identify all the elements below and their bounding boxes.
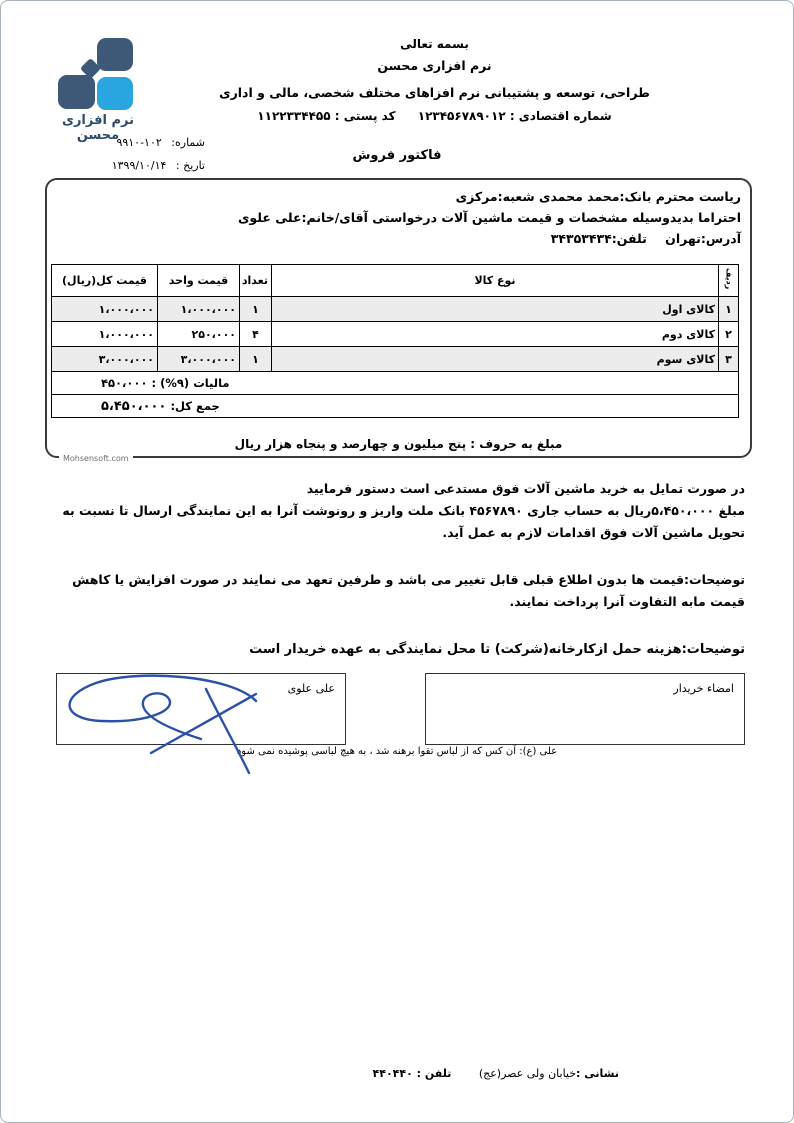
invoice-meta: شماره: ۹۹۱۰-۱۰۲ تاریخ : ۱۳۹۹/۱۰/۱۴ <box>39 136 205 182</box>
grand-total-row: جمع کل: ۵،۴۵۰،۰۰۰ <box>52 395 739 418</box>
header-qty: تعداد <box>240 265 272 297</box>
invoice-number-line: شماره: ۹۹۱۰-۱۰۲ <box>39 136 205 159</box>
invoice-date-value: ۱۳۹۹/۱۰/۱۴ <box>112 159 167 172</box>
footer: نشانی :خیابان ولی عصر(عج) تلفن : ۴۴۰۴۴۰ <box>373 1067 619 1080</box>
invoice-date-label: تاریخ : <box>176 159 205 172</box>
recipient-line1: ریاست محترم بانک:محمد محمدی شعبه:مرکزی <box>56 186 741 207</box>
shipping-note: توضیحات:هزینه حمل ازکارخانه(شرکت) تا محل… <box>49 639 745 661</box>
grand-total-line: جمع کل: ۵،۴۵۰،۰۰۰ <box>101 399 220 414</box>
grand-total-label: جمع کل: <box>170 399 219 413</box>
recipient-block: ریاست محترم بانک:محمد محمدی شعبه:مرکزی ا… <box>47 180 750 249</box>
tax-colon: : <box>147 376 156 390</box>
recipient-line3: آدرس:تهران تلفن:۳۴۳۵۳۴۳۴ <box>56 228 741 249</box>
tax-label: مالیات <box>193 376 229 390</box>
footer-address: خیابان ولی عصر(عج) <box>479 1067 576 1080</box>
cell-qty: ۱ <box>240 297 272 322</box>
buyer-signature-box: امضاء خریدار <box>425 673 745 745</box>
cell-qty: ۱ <box>240 347 272 372</box>
tax-line: مالیات (%۹) : ۴۵۰،۰۰۰ <box>101 376 230 390</box>
company-logo: نرم افزاری محسن <box>39 33 157 133</box>
header-item: نوع کالا <box>272 265 719 297</box>
invoice-number-label: شماره: <box>171 136 205 149</box>
economic-no-label: شماره اقتصادی : <box>510 109 612 123</box>
handwritten-signature <box>41 661 281 779</box>
table-row: ۲ کالای دوم ۴ ۲۵۰،۰۰۰ ۱،۰۰۰،۰۰۰ <box>52 322 739 347</box>
cell-qty: ۴ <box>240 322 272 347</box>
cell-total-price: ۱،۰۰۰،۰۰۰ <box>52 322 158 347</box>
cell-unit-price: ۳،۰۰۰،۰۰۰ <box>158 347 240 372</box>
cell-item: کالای سوم <box>272 347 719 372</box>
price-change-note: توضیحات:قیمت ها بدون اطلاع قبلی قابل تغی… <box>49 569 745 613</box>
payment-instructions-line1: در صورت تمایل به خرید ماشین آلات فوق مست… <box>49 478 745 500</box>
cell-row-no: ۳ <box>719 347 739 372</box>
table-row: ۱ کالای اول ۱ ۱،۰۰۰،۰۰۰ ۱،۰۰۰،۰۰۰ <box>52 297 739 322</box>
logo-square-right-icon <box>58 75 95 109</box>
payment-instructions: در صورت تمایل به خرید ماشین آلات فوق مست… <box>49 478 745 544</box>
recipient-address: آدرس:تهران <box>665 231 741 246</box>
seller-signature-label: علی علوی <box>288 682 335 695</box>
invoice-number-value: ۹۹۱۰-۱۰۲ <box>116 136 161 149</box>
grand-total-value: ۵،۴۵۰،۰۰۰ <box>101 399 166 414</box>
footer-phone-label: تلفن : <box>413 1067 452 1080</box>
postal-code-label: کد پستی : <box>335 109 396 123</box>
footer-address-label: نشانی : <box>576 1067 619 1080</box>
logo-square-light-icon <box>97 77 133 110</box>
tax-row: مالیات (%۹) : ۴۵۰،۰۰۰ <box>52 372 739 395</box>
invoice-page: بسمه تعالی نرم افزاری محسن طراحی، توسعه … <box>0 0 794 1123</box>
cell-item: کالای دوم <box>272 322 719 347</box>
header: بسمه تعالی نرم افزاری محسن طراحی، توسعه … <box>116 37 753 123</box>
table-row: ۳ کالای سوم ۱ ۳،۰۰۰،۰۰۰ ۳،۰۰۰،۰۰۰ <box>52 347 739 372</box>
cell-row-no: ۲ <box>719 322 739 347</box>
header-row-no: ردیف <box>719 265 739 297</box>
cell-item: کالای اول <box>272 297 719 322</box>
company-name: نرم افزاری محسن <box>116 58 753 73</box>
company-registration-line: شماره اقتصادی : ۱۲۳۴۵۶۷۸۹۰۱۲ کد پستی : ۱… <box>116 109 753 123</box>
table-header-row: ردیف نوع کالا تعداد قیمت واحد قیمت کل(ری… <box>52 265 739 297</box>
cell-row-no: ۱ <box>719 297 739 322</box>
payment-instructions-rest: مبلغ ۵،۴۵۰،۰۰۰ریال به حساب جاری ۴۵۶۷۸۹۰ … <box>49 500 745 544</box>
watermark-text: Mohsensoft.com <box>59 454 133 463</box>
footer-phone: ۴۴۰۴۴۰ <box>373 1067 413 1080</box>
recipient-line2: احتراما بدیدوسیله مشخصات و قیمت ماشین آل… <box>56 207 741 228</box>
tax-percent: (%۹) <box>160 376 189 390</box>
cell-total-price: ۳،۰۰۰،۰۰۰ <box>52 347 158 372</box>
buyer-signature-label: امضاء خریدار <box>673 682 734 695</box>
economic-no-value: ۱۲۳۴۵۶۷۸۹۰۱۲ <box>418 109 506 123</box>
tax-value: ۴۵۰،۰۰۰ <box>101 376 147 390</box>
recipient-phone: تلفن:۳۴۳۵۳۴۳۴ <box>551 231 647 246</box>
postal-code-value: ۱۱۲۲۳۳۴۴۵۵ <box>257 109 330 123</box>
header-total-price: قیمت کل(ریال) <box>52 265 158 297</box>
cell-total-price: ۱،۰۰۰،۰۰۰ <box>52 297 158 322</box>
bismillah-text: بسمه تعالی <box>116 37 753 51</box>
logo-square-top-icon <box>97 38 133 71</box>
header-unit-price: قیمت واحد <box>158 265 240 297</box>
company-tagline: طراحی، توسعه و پشتیبانی نرم افزاهای مختل… <box>116 85 753 100</box>
items-table: ردیف نوع کالا تعداد قیمت واحد قیمت کل(ری… <box>51 264 739 418</box>
invoice-title: فاکتور فروش <box>297 148 497 163</box>
invoice-body-box: ریاست محترم بانک:محمد محمدی شعبه:مرکزی ا… <box>45 178 752 458</box>
amount-in-words: مبلغ به حروف : پنج میلیون و چهارصد و پنج… <box>47 437 750 451</box>
cell-unit-price: ۲۵۰،۰۰۰ <box>158 322 240 347</box>
cell-unit-price: ۱،۰۰۰،۰۰۰ <box>158 297 240 322</box>
